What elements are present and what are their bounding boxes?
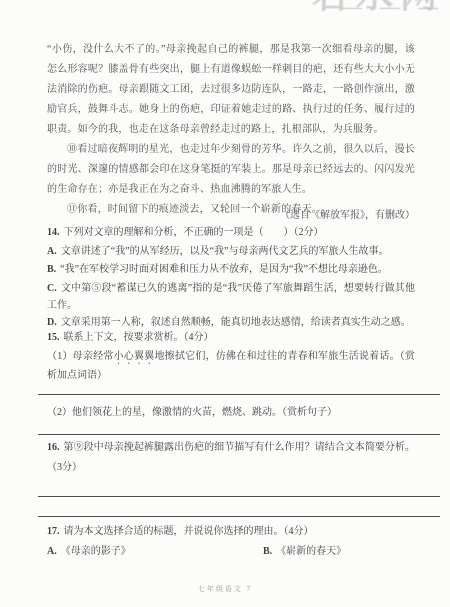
option-b-label: B. <box>47 264 56 275</box>
question-15-item-2: （2）他们领花上的星，像激情的火苗，燃烧、跳动。（赏析句子） <box>47 404 415 422</box>
title-option-a-label: A. <box>47 546 57 557</box>
option-a-text: 文章讲述了“我”的从军经历，以及“我”与母亲两代文艺兵的军旅人生故事。 <box>61 246 389 257</box>
item-1-emphasized-words: 小心翼翼 <box>114 351 155 362</box>
answer-line <box>38 434 440 435</box>
question-16-number: 16. <box>47 442 60 453</box>
watermark: 若水网 头条 老师课件下载 <box>298 0 448 14</box>
title-option-b-text: 《崭新的春天》 <box>276 546 346 557</box>
watermark-brand: 若水网 <box>312 0 444 18</box>
scanned-content: “小伤，没什么大不了的。”母亲挽起自己的裤腿，那是我第一次细看母亲的腿，该怎么形… <box>0 0 450 18</box>
answer-line <box>38 516 440 517</box>
option-c-label: C. <box>47 283 57 294</box>
question-17-option-a: A.《母亲的影子》 <box>47 543 131 561</box>
page-footer: 七年级语文 7 <box>198 584 252 594</box>
option-b-text: “我”在军校学习时面对困难和压力从不放弃，是因为“我”不想比母亲逊色。 <box>60 264 388 275</box>
question-15-text: 联系上下文，按要求赏析。（4分） <box>64 332 214 343</box>
question-17-text: 请为本文选择合适的标题，并说说你选择的理由。（4分） <box>64 526 314 537</box>
question-14-number: 14. <box>47 227 60 238</box>
question-14-text: 下列对文章的理解和分析，不正确的一项是（ ）（2分） <box>64 227 324 238</box>
question-17-number: 17. <box>47 526 60 537</box>
passage-paragraph-9-continued: “小伤，没什么大不了的。”母亲挽起自己的裤腿，那是我第一次细看母亲的腿，该怎么形… <box>47 40 415 140</box>
title-option-a-text: 《母亲的影子》 <box>61 546 131 557</box>
question-17-option-b: B.《崭新的春天》 <box>263 543 346 561</box>
answer-line <box>38 496 440 497</box>
question-15-number: 15. <box>47 332 60 343</box>
question-14-option-b: B.“我”在军校学习时面对困难和压力从不放弃，是因为“我”不想比母亲逊色。 <box>47 261 415 279</box>
option-d-label: D. <box>47 317 57 328</box>
question-14-option-c: C.文中第⑤段“蓄谋已久的逃离”指的是“我”厌倦了军旅舞蹈生活，想要转行做其他工… <box>47 280 415 314</box>
source-note: （选自《解放军报》，有删改） <box>47 207 415 225</box>
question-15-stem: 15.联系上下文，按要求赏析。（4分） <box>47 329 415 347</box>
passage-paragraph-10: ⑩看过暗夜辉明的星光，也走过年少刻骨的芳华。许久之前，很久以后，漫长的时光、深邃… <box>47 140 415 200</box>
question-14-stem: 14.下列对文章的理解和分析，不正确的一项是（ ）（2分） <box>47 224 415 242</box>
title-option-b-label: B. <box>263 546 272 557</box>
question-15-item-1: （1）母亲经常小心翼翼地擦拭它们，仿佛在和过往的青春和军旅生活说着话。（赏析加点… <box>47 348 415 385</box>
option-c-text: 文中第⑤段“蓄谋已久的逃离”指的是“我”厌倦了军旅舞蹈生活，想要转行做其他工作。 <box>47 283 415 311</box>
question-16-stem: 16.第⑨段中母亲挽起裤腿露出伤疤的细节描写有什么作用？请结合文本简要分析。（3… <box>47 438 415 478</box>
question-14-option-a: A.文章讲述了“我”的从军经历，以及“我”与母亲两代文艺兵的军旅人生故事。 <box>47 243 415 261</box>
option-a-label: A. <box>47 246 57 257</box>
item-1-prefix: （1）母亲经常 <box>47 351 114 362</box>
answer-line <box>38 394 440 395</box>
option-d-text: 文章采用第一人称，叙述自然顺畅，能真切地表达感情，给读者真实生动之感。 <box>61 317 411 328</box>
watermark-underline-marks <box>342 8 438 9</box>
question-17-options: A.《母亲的影子》 B.《崭新的春天》 <box>47 543 415 561</box>
exam-paper-scan: “小伤，没什么大不了的。”母亲挽起自己的裤腿，那是我第一次细看母亲的腿，该怎么形… <box>0 0 450 607</box>
question-16-text: 第⑨段中母亲挽起裤腿露出伤疤的细节描写有什么作用？请结合文本简要分析。（3分） <box>47 442 415 473</box>
question-17-stem: 17.请为本文选择合适的标题，并说说你选择的理由。（4分） <box>47 523 415 541</box>
